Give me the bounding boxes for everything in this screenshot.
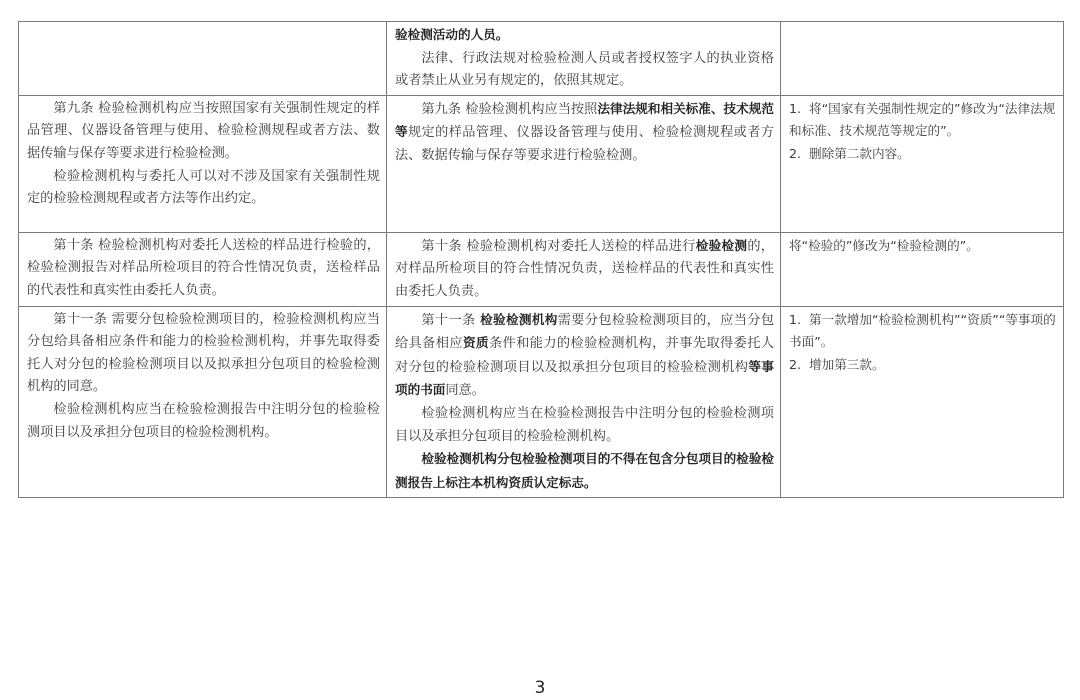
revised-text-highlight: 资质	[463, 335, 489, 350]
page-number: 3	[0, 678, 1080, 698]
revision-note: 2.删除第二款内容。	[789, 143, 1057, 166]
original-paragraph: 第九条 检验检测机构应当按照国家有关强制性规定的样品管理、仪器设备管理与使用、检…	[27, 98, 380, 166]
note-number: 1.	[789, 98, 809, 121]
revised-text-highlight: 验检测活动的人员。	[395, 27, 508, 42]
original-paragraph: 第十一条 需要分包检验检测项目的，检验检测机构应当分包给具备相应条件和能力的检验…	[27, 309, 380, 399]
note-text: 第一款增加“检验检测机构”“资质”“等事项的书面”。	[789, 312, 1056, 350]
table-row: 第九条 检验检测机构应当按照国家有关强制性规定的样品管理、仪器设备管理与使用、检…	[19, 95, 1064, 232]
original-text-cell: 第十条 检验检测机构对委托人送检的样品进行检验的，检验检测报告对样品所检项目的符…	[19, 232, 387, 306]
revised-text: 检验检测机构应当在检验检测报告中注明分包的检验检测项目以及承担分包项目的检验检测…	[395, 406, 774, 444]
revised-paragraph: 第十一条 检验检测机构需要分包检验检测项目的，应当分包给具备相应资质条件和能力的…	[395, 309, 774, 403]
revision-comparison-table: 验检测活动的人员。法律、行政法规对检验检测人员或者授权签字人的执业资格或者禁止从…	[18, 21, 1064, 498]
original-paragraph: 检验检测机构与委托人可以对不涉及国家有关强制性规定的检验检测规程或者方法等作出约…	[27, 166, 380, 211]
table-row: 第十一条 需要分包检验检测项目的，检验检测机构应当分包给具备相应条件和能力的检验…	[19, 306, 1064, 498]
note-number: 1.	[789, 309, 809, 332]
revised-paragraph: 检验检测机构应当在检验检测报告中注明分包的检验检测项目以及承担分包项目的检验检测…	[395, 403, 774, 448]
original-text-cell: 第十一条 需要分包检验检测项目的，检验检测机构应当分包给具备相应条件和能力的检验…	[19, 306, 387, 498]
original-paragraph: 检验检测机构应当在检验检测报告中注明分包的检验检测项目以及承担分包项目的检验检测…	[27, 399, 380, 444]
revised-text-highlight: 检验检测机构分包检验检测项目的不得在包含分包项目的检验检测报告上标注本机构资质认…	[395, 451, 774, 490]
revision-note: 2.增加第三款。	[789, 354, 1057, 377]
revised-paragraph: 法律、行政法规对检验检测人员或者授权签字人的执业资格或者禁止从业另有规定的，依照…	[395, 48, 774, 93]
revised-text-highlight: 检验检测	[696, 238, 748, 253]
revision-note: 1.将“国家有关强制性规定的”修改为“法律法规和标准、技术规范等规定的”。	[789, 98, 1057, 143]
document-page: 验检测活动的人员。法律、行政法规对检验检测人员或者授权签字人的执业资格或者禁止从…	[0, 0, 1080, 700]
original-text-cell	[19, 22, 387, 96]
note-text: 将“检验的”修改为“检验检测的”。	[789, 238, 979, 253]
revised-text: 第十条 检验检测机构对委托人送检的样品进行	[421, 239, 695, 254]
table-row: 第十条 检验检测机构对委托人送检的样品进行检验的，检验检测报告对样品所检项目的符…	[19, 232, 1064, 306]
revised-text-cell: 第十一条 检验检测机构需要分包检验检测项目的，应当分包给具备相应资质条件和能力的…	[387, 306, 781, 498]
revised-text-cell: 验检测活动的人员。法律、行政法规对检验检测人员或者授权签字人的执业资格或者禁止从…	[387, 22, 781, 96]
revision-notes-cell: 将“检验的”修改为“检验检测的”。	[781, 232, 1064, 306]
revised-paragraph: 检验检测机构分包检验检测项目的不得在包含分包项目的检验检测报告上标注本机构资质认…	[395, 448, 774, 495]
note-text: 增加第三款。	[809, 357, 885, 372]
note-text: 删除第二款内容。	[809, 146, 910, 161]
revised-paragraph: 第九条 检验检测机构应当按照法律法规和相关标准、技术规范等规定的样品管理、仪器设…	[395, 98, 774, 168]
note-text: 将“国家有关强制性规定的”修改为“法律法规和标准、技术规范等规定的”。	[789, 101, 1055, 139]
revision-note: 将“检验的”修改为“检验检测的”。	[789, 235, 1057, 258]
revised-paragraph: 验检测活动的人员。	[395, 24, 774, 48]
revision-notes-cell: 1.第一款增加“检验检测机构”“资质”“等事项的书面”。2.增加第三款。	[781, 306, 1064, 498]
original-paragraph: 第十条 检验检测机构对委托人送检的样品进行检验的，检验检测报告对样品所检项目的符…	[27, 235, 380, 303]
revision-notes-cell: 1.将“国家有关强制性规定的”修改为“法律法规和标准、技术规范等规定的”。2.删…	[781, 95, 1064, 232]
revision-notes-cell	[781, 22, 1064, 96]
original-text-cell: 第九条 检验检测机构应当按照国家有关强制性规定的样品管理、仪器设备管理与使用、检…	[19, 95, 387, 232]
revised-text: 同意。	[445, 383, 485, 398]
revised-text: 第九条 检验检测机构应当按照	[421, 102, 597, 117]
revision-note: 1.第一款增加“检验检测机构”“资质”“等事项的书面”。	[789, 309, 1057, 354]
table-row: 验检测活动的人员。法律、行政法规对检验检测人员或者授权签字人的执业资格或者禁止从…	[19, 22, 1064, 96]
revised-text-highlight: 检验检测机构	[480, 312, 558, 327]
note-number: 2.	[789, 354, 809, 377]
note-number: 2.	[789, 143, 809, 166]
revised-paragraph: 第十条 检验检测机构对委托人送检的样品进行检验检测的，对样品所检项目的符合性情况…	[395, 235, 774, 304]
revised-text-cell: 第十条 检验检测机构对委托人送检的样品进行检验检测的，对样品所检项目的符合性情况…	[387, 232, 781, 306]
revised-text-cell: 第九条 检验检测机构应当按照法律法规和相关标准、技术规范等规定的样品管理、仪器设…	[387, 95, 781, 232]
revised-text: 法律、行政法规对检验检测人员或者授权签字人的执业资格或者禁止从业另有规定的，依照…	[395, 51, 774, 89]
revised-text: 第十一条	[421, 313, 480, 328]
revised-text: 规定的样品管理、仪器设备管理与使用、检验检测规程或者方法、数据传输与保存等要求进…	[395, 125, 774, 163]
